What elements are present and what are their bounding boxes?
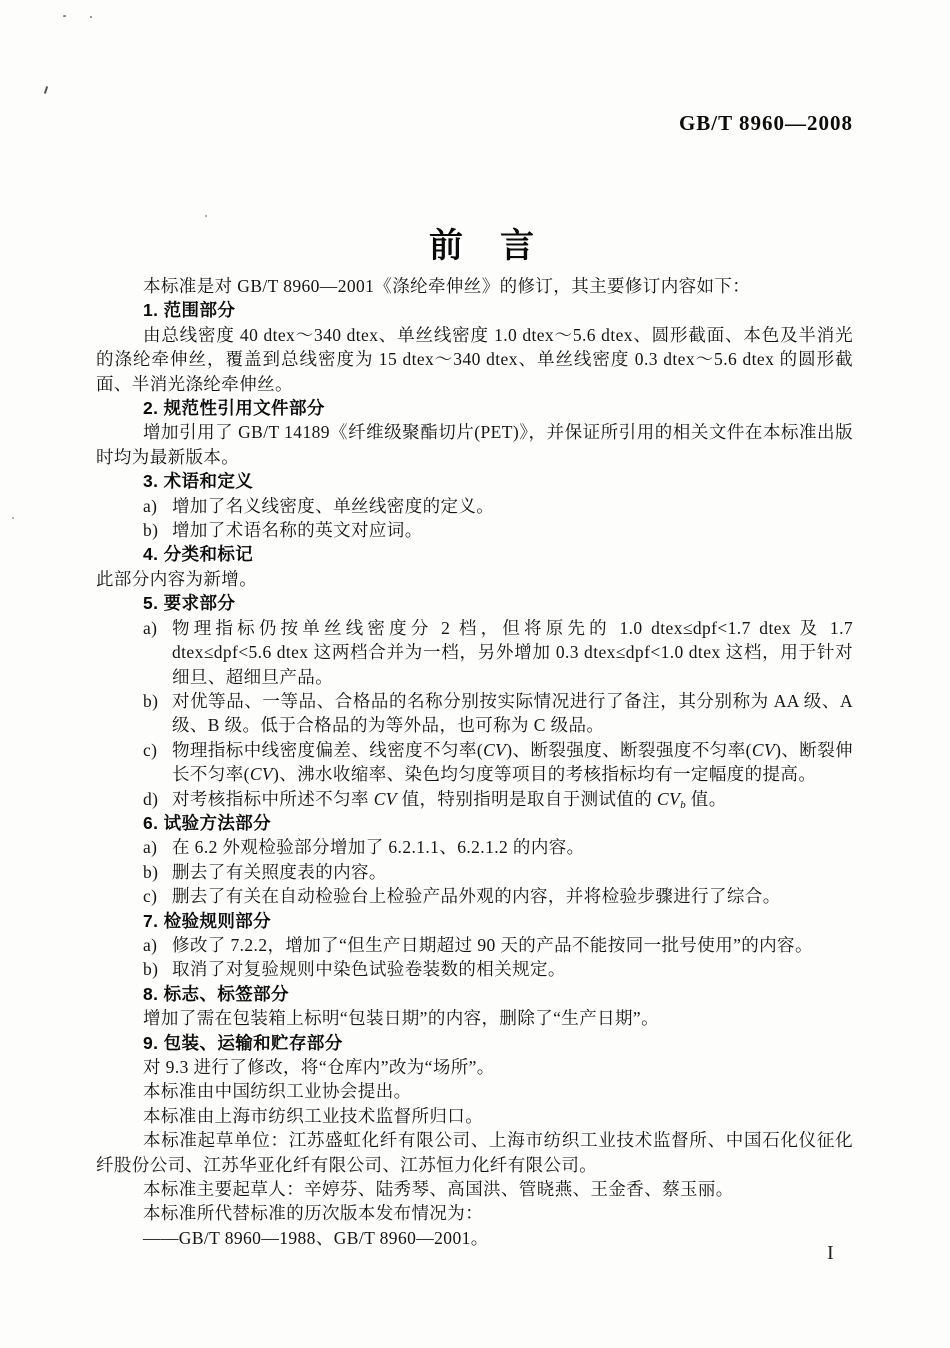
paragraph: 本标准主要起草人：辛婷芬、陆秀琴、高国洪、管晓燕、王金香、蔡玉丽。	[96, 1177, 853, 1201]
paragraph: 增加引用了 GB/T 14189《纤维级聚酯切片(PET)》，并保证所引用的相关…	[96, 420, 853, 469]
paragraph: 增加了需在包装箱上标明“包装日期”的内容，删除了“生产日期”。	[96, 1006, 853, 1030]
list-item: c)物理指标中线密度偏差、线密度不匀率(CV)、断裂强度、断裂强度不匀率(CV)…	[96, 738, 853, 787]
list-item-text: 增加了术语名称的英文对应词。	[172, 520, 423, 540]
list-item-text: 对优等品、一等品、合格品的名称分别按实际情况进行了备注，其分别称为 AA 级、A…	[172, 691, 853, 735]
list-item: a)修改了 7.2.2，增加了“但生产日期超过 90 天的产品不能按同一批号使用…	[96, 933, 853, 957]
list-item: a)物理指标仍按单丝线密度分 2 档，但将原先的 1.0 dtex≤dpf<1.…	[96, 616, 853, 689]
scan-speck	[12, 517, 14, 519]
list-item-text: 对考核指标中所述不匀率 CV 值，特别指明是取自于测试值的 CVb 值。	[172, 789, 727, 809]
list-item-letter: b)	[143, 860, 158, 884]
list-item-letter: a)	[143, 835, 157, 859]
paragraph: ——GB/T 8960—1988、GB/T 8960—2001。	[96, 1226, 853, 1250]
list-item: b)对优等品、一等品、合格品的名称分别按实际情况进行了备注，其分别称为 AA 级…	[96, 689, 853, 738]
list-item: c)删去了有关在自动检验台上检验产品外观的内容，并将检验步骤进行了综合。	[96, 884, 853, 908]
page-title: 前言	[429, 218, 571, 267]
section-heading: 7. 检验规则部分	[96, 909, 853, 933]
list-item: d)对考核指标中所述不匀率 CV 值，特别指明是取自于测试值的 CVb 值。	[96, 787, 853, 811]
list-item-letter: c)	[143, 884, 157, 908]
list-item-letter: d)	[143, 787, 158, 811]
section-heading: 4. 分类和标记	[96, 542, 853, 566]
list-item-text: 删去了有关在自动检验台上检验产品外观的内容，并将检验步骤进行了综合。	[172, 886, 781, 906]
paragraph: 对 9.3 进行了修改，将“仓库内”改为“场所”。	[96, 1055, 853, 1079]
list-item-letter: a)	[143, 616, 157, 640]
paragraph: 由总线密度 40 dtex～340 dtex、单丝线密度 1.0 dtex～5.…	[96, 323, 853, 396]
paragraph: 本标准是对 GB/T 8960—2001《涤纶牵伸丝》的修订，其主要修订内容如下…	[96, 274, 853, 298]
scan-speck	[63, 15, 66, 17]
section-heading: 2. 规范性引用文件部分	[96, 396, 853, 420]
scan-speck	[44, 86, 48, 94]
list-item-text: 删去了有关照度表的内容。	[172, 862, 387, 882]
scanned-document-page: GB/T 8960—2008 前言 本标准是对 GB/T 8960—2001《涤…	[0, 0, 950, 1348]
paragraph: 本标准由上海市纺织工业技术监督所归口。	[96, 1104, 853, 1128]
section-heading: 3. 术语和定义	[96, 469, 853, 493]
scan-speck	[205, 215, 207, 217]
paragraph: 本标准由中国纺织工业协会提出。	[96, 1079, 853, 1103]
document-body: 本标准是对 GB/T 8960—2001《涤纶牵伸丝》的修订，其主要修订内容如下…	[96, 274, 853, 1250]
list-item-text: 物理指标仍按单丝线密度分 2 档，但将原先的 1.0 dtex≤dpf<1.7 …	[172, 618, 853, 687]
section-heading: 9. 包装、运输和贮存部分	[96, 1031, 853, 1055]
list-item-letter: a)	[143, 494, 157, 518]
section-heading: 6. 试验方法部分	[96, 811, 853, 835]
list-item-text: 修改了 7.2.2，增加了“但生产日期超过 90 天的产品不能按同一批号使用”的…	[172, 935, 813, 955]
list-item-text: 取消了对复验规则中染色试验卷装数的相关规定。	[172, 959, 566, 979]
list-item: a)在 6.2 外观检验部分增加了 6.2.1.1、6.2.1.2 的内容。	[96, 835, 853, 859]
paragraph: 此部分内容为新增。	[96, 567, 853, 591]
paragraph: 本标准起草单位：江苏盛虹化纤有限公司、上海市纺织工业技术监督所、中国石化仪征化纤…	[96, 1128, 853, 1177]
list-item-letter: b)	[143, 518, 158, 542]
page-number: I	[827, 1242, 834, 1265]
list-item-letter: b)	[143, 957, 158, 981]
list-item: a)增加了名义线密度、单丝线密度的定义。	[96, 494, 853, 518]
list-item: b)取消了对复验规则中染色试验卷装数的相关规定。	[96, 957, 853, 981]
list-item-text: 增加了名义线密度、单丝线密度的定义。	[172, 496, 494, 516]
paragraph: 本标准所代替标准的历次版本发布情况为：	[96, 1201, 853, 1225]
list-item-letter: c)	[143, 738, 157, 762]
scan-speck	[90, 16, 92, 18]
list-item: b)增加了术语名称的英文对应词。	[96, 518, 853, 542]
list-item-letter: b)	[143, 689, 158, 713]
section-heading: 5. 要求部分	[96, 591, 853, 615]
list-item: b)删去了有关照度表的内容。	[96, 860, 853, 884]
section-heading: 1. 范围部分	[96, 298, 853, 322]
list-item-text: 在 6.2 外观检验部分增加了 6.2.1.1、6.2.1.2 的内容。	[172, 837, 585, 857]
list-item-text: 物理指标中线密度偏差、线密度不匀率(CV)、断裂强度、断裂强度不匀率(CV)、断…	[172, 740, 853, 784]
standard-number: GB/T 8960—2008	[679, 111, 853, 136]
section-heading: 8. 标志、标签部分	[96, 982, 853, 1006]
list-item-letter: a)	[143, 933, 157, 957]
